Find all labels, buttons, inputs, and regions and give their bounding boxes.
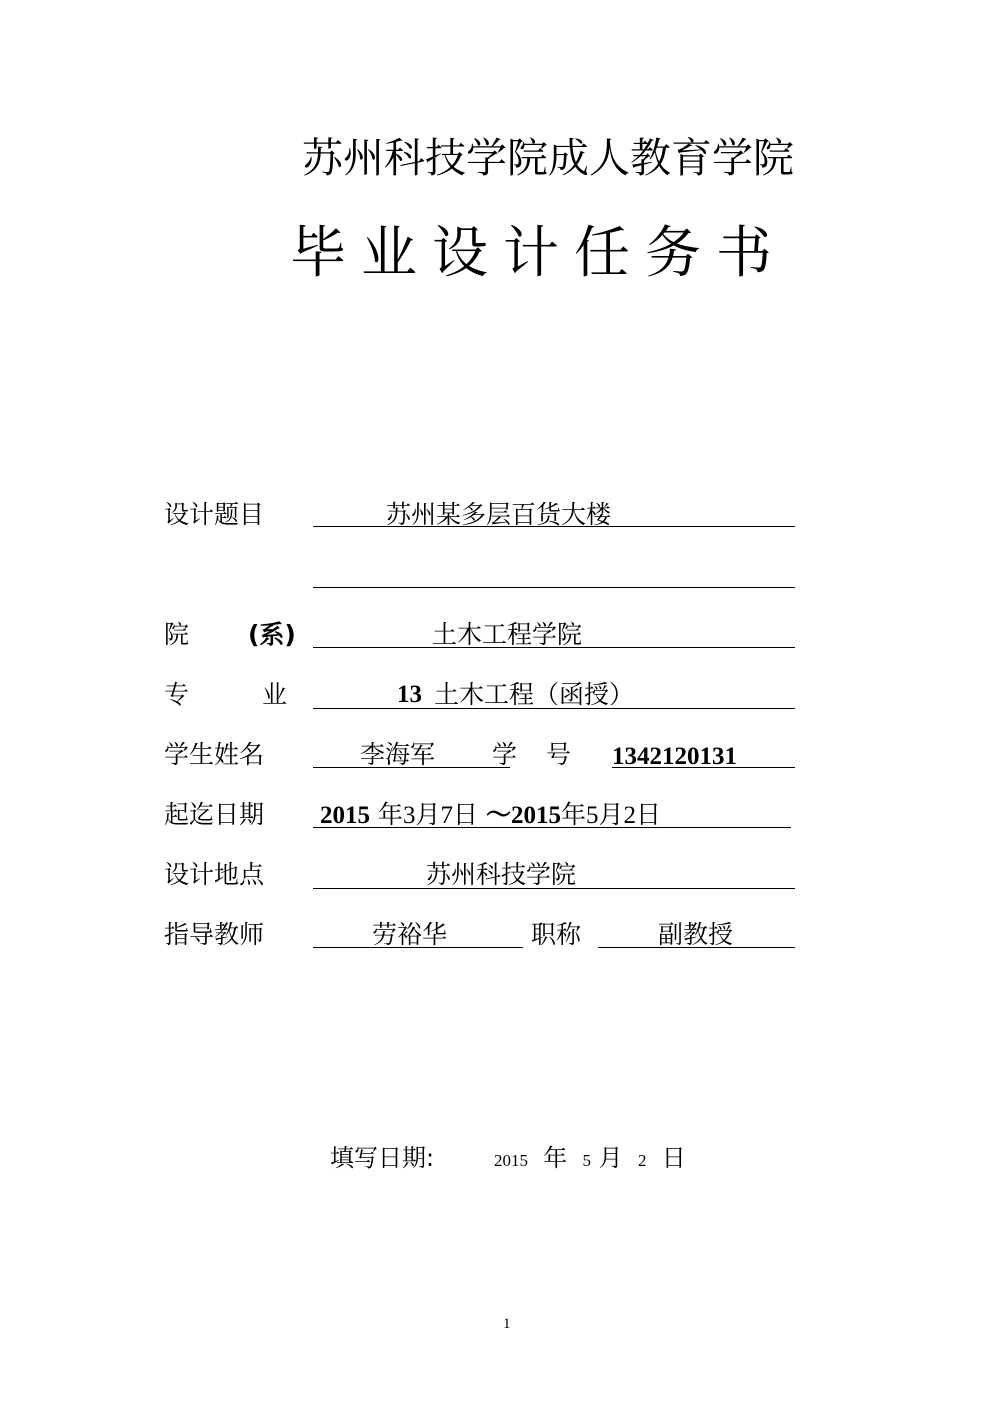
student-id-value: 1342120131 [612, 741, 737, 773]
major-value: 土木工程（函授） [434, 679, 634, 711]
major-value-num: 13 [397, 679, 422, 711]
department-label-b: (系) [248, 619, 296, 651]
advisor-title-label: 职称 [531, 919, 581, 951]
topic-underline [313, 526, 795, 527]
document-title: 毕业设计任务书 [290, 218, 787, 290]
student-name-underline [313, 767, 510, 768]
page-number: 1 [503, 1316, 511, 1333]
location-underline [313, 888, 795, 889]
dates-label: 起迄日期 [164, 799, 264, 831]
major-label-a: 专 [164, 679, 189, 711]
end-year: 2015 [511, 802, 561, 829]
advisor-title-underline [598, 947, 795, 948]
dates-underline [313, 827, 791, 828]
topic-underline-line2 [313, 587, 795, 588]
student-name-label: 学生姓名 [164, 739, 264, 771]
fill-date-label: 填写日期: [330, 1143, 434, 1173]
advisor-label: 指导教师 [164, 919, 264, 951]
topic-label: 设计题目 [164, 499, 264, 531]
institution-title: 苏州科技学院成人教育学院 [302, 132, 794, 184]
major-label-b: 业 [262, 679, 287, 711]
department-label-a: 院 [164, 619, 189, 651]
advisor-name-underline [313, 947, 523, 948]
location-label: 设计地点 [164, 859, 264, 891]
department-underline [313, 647, 795, 648]
major-underline [313, 708, 795, 709]
start-year: 2015 [320, 802, 370, 829]
student-id-label-b: 号 [546, 739, 571, 771]
student-id-label-a: 学 [492, 739, 517, 771]
fill-date: 2015 年 5 月 2 日 [494, 1143, 686, 1176]
student-id-underline [612, 767, 795, 768]
location-value: 苏州科技学院 [426, 859, 576, 891]
